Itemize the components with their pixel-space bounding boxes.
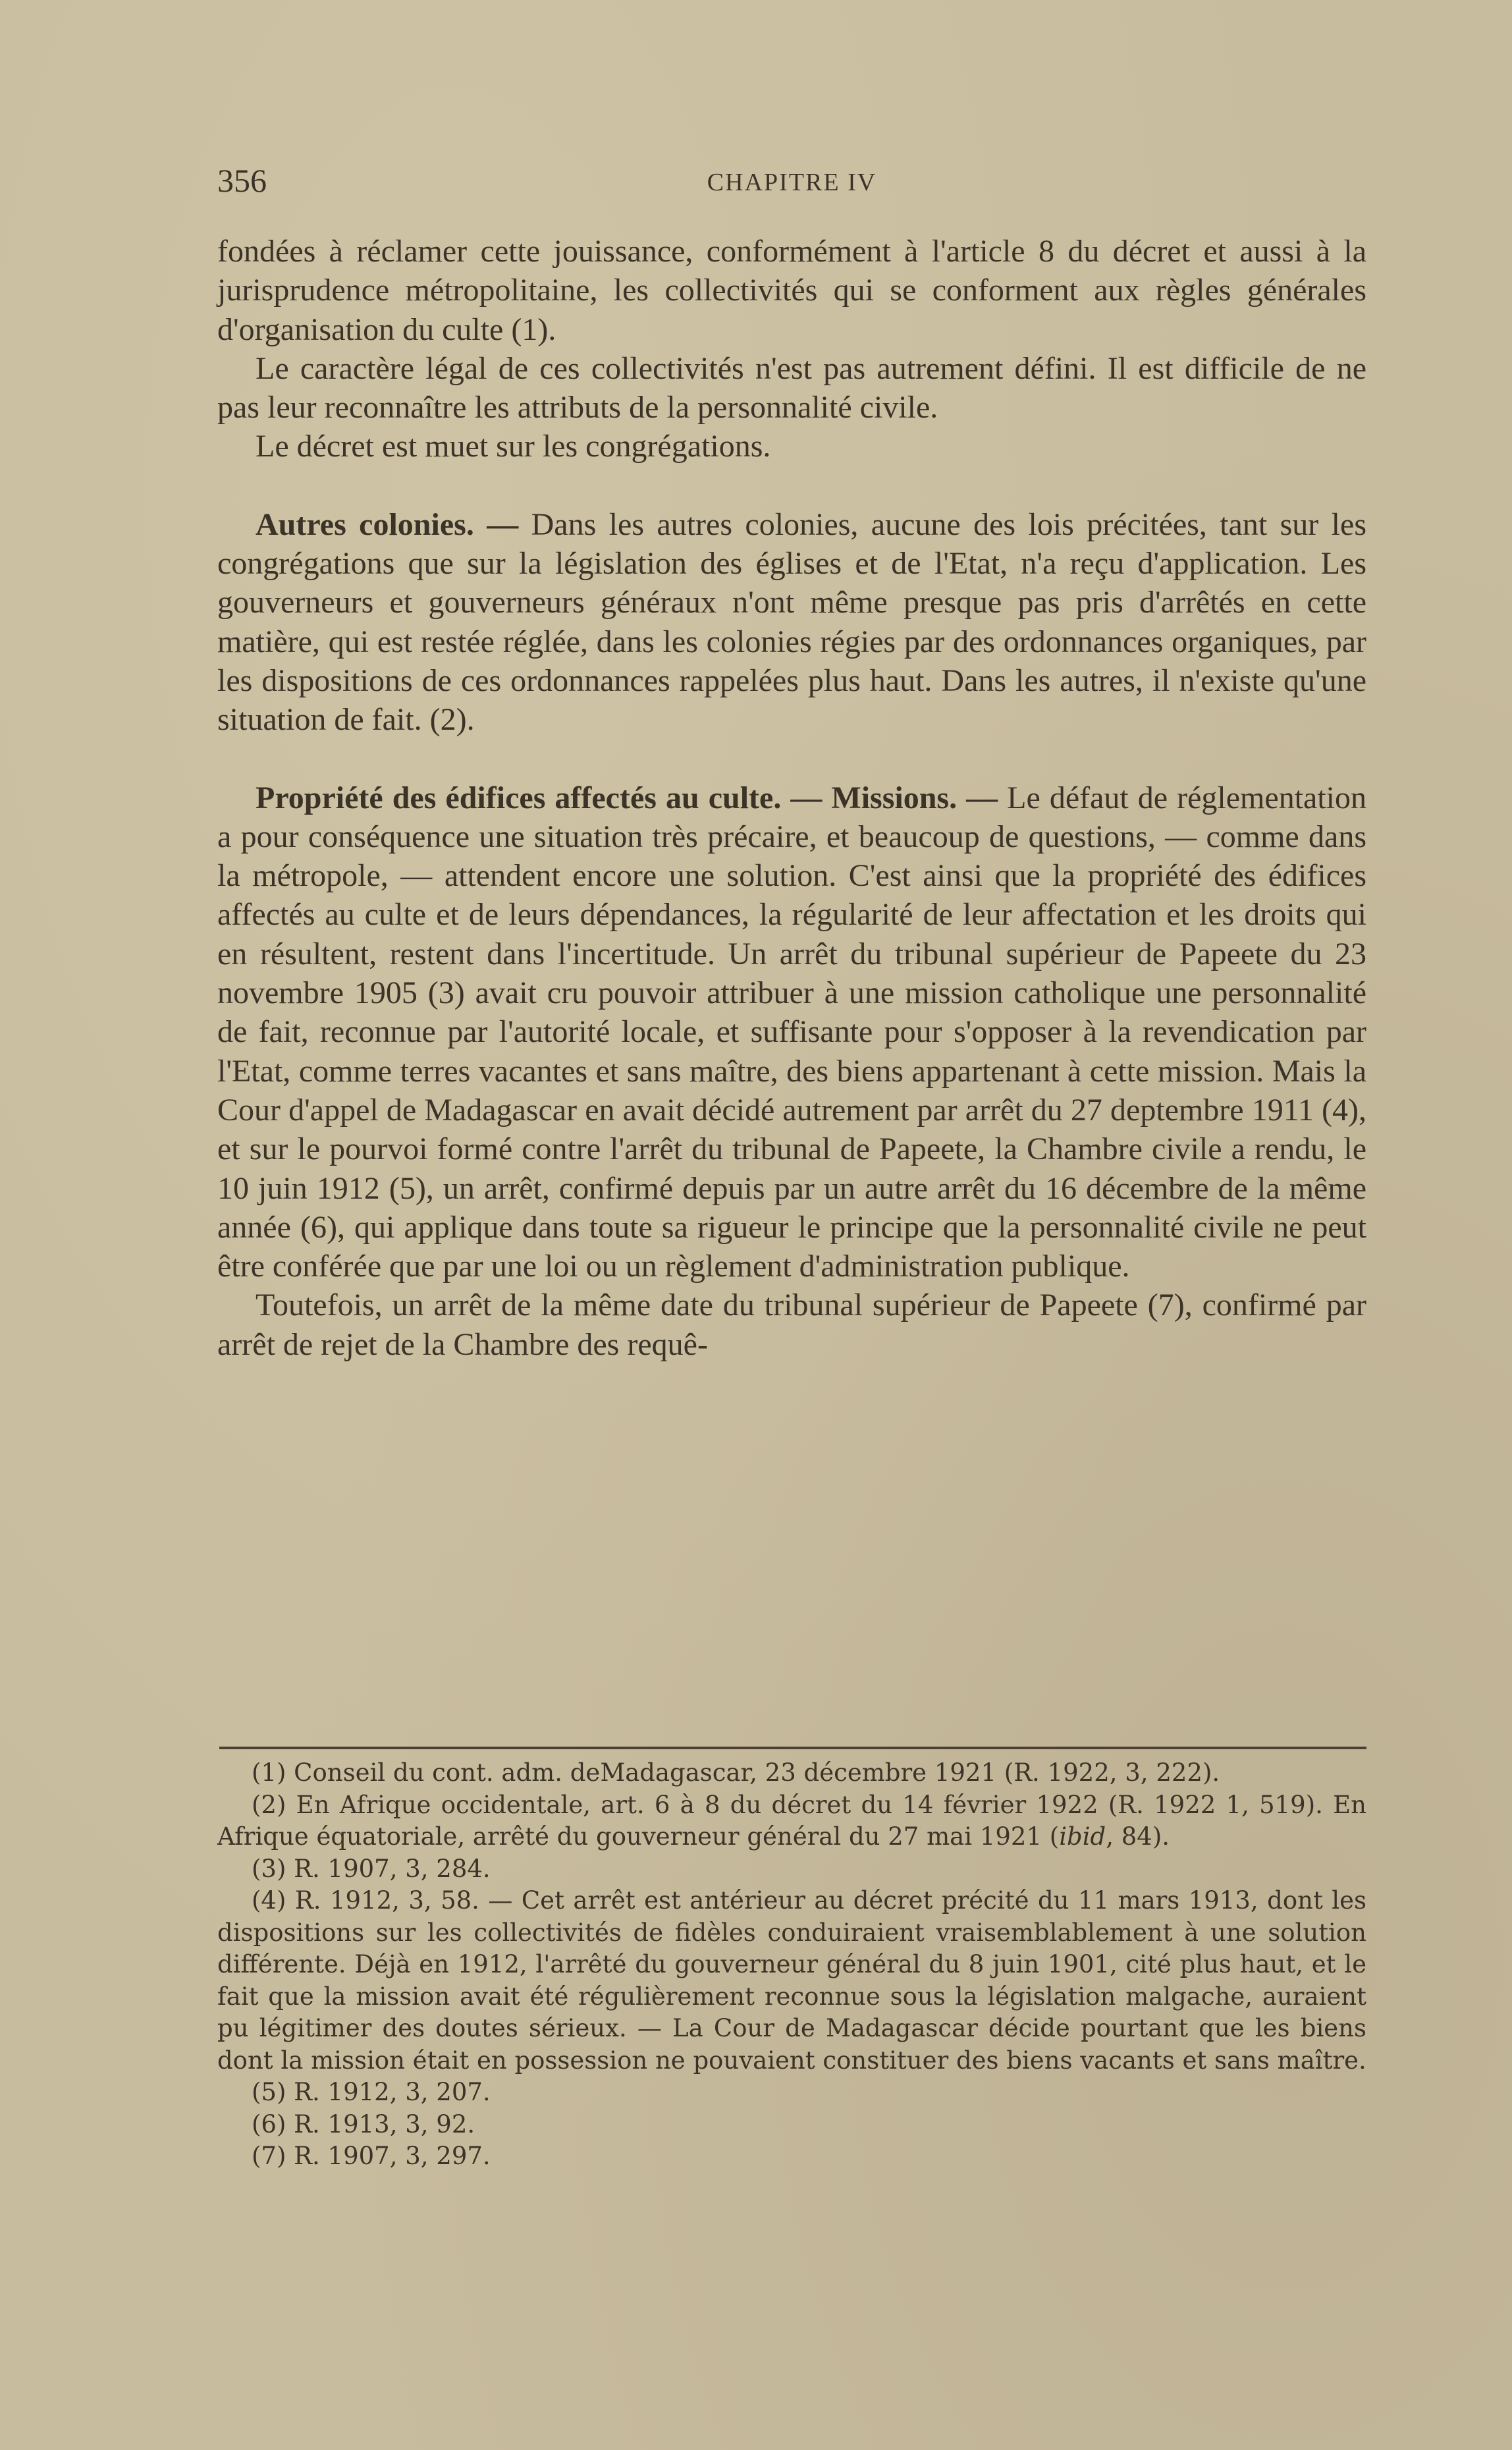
footnote-4: (4) R. 1912, 3, 58. — Cet arrêt est anté… [217, 1885, 1366, 2077]
paragraph-congregations: Le décret est muet sur les congrégations… [217, 427, 1366, 466]
chapter-title: CHAPITRE IV [217, 168, 1366, 197]
footnote-7: (7) R. 1907, 3, 297. [217, 2140, 1366, 2173]
footnote-6: (6) R. 1913, 3, 92. [217, 2109, 1366, 2141]
running-head: 356 CHAPITRE IV [217, 161, 1366, 201]
section-heading-propriete-edifices: Propriété des édifices affectés au culte… [256, 780, 998, 815]
footnote-2-end: , 84). [1106, 1822, 1170, 1851]
footnotes: (1) Conseil du cont. adm. deMadagascar, … [217, 1757, 1366, 2173]
footnote-2-text: (2) En Afrique occidentale, art. 6 à 8 d… [217, 1791, 1366, 1851]
section-heading-autres-colonies: Autres colonies. — [256, 507, 518, 542]
footnote-separator [219, 1747, 1366, 1749]
footnote-3: (3) R. 1907, 3, 284. [217, 1853, 1366, 1886]
section-autres-colonies: Autres colonies. — Dans les autres colon… [217, 505, 1366, 740]
body-text: fondées à réclamer cette jouissance, con… [217, 232, 1366, 1364]
paragraph-legal-character: Le caractère légal de ces collectivités … [217, 349, 1366, 427]
footnote-5: (5) R. 1912, 3, 207. [217, 2077, 1366, 2109]
section-propriete-edifices: Propriété des édifices affectés au culte… [217, 778, 1366, 1286]
section-text-propriete-edifices: Le défaut de réglementation a pour consé… [217, 780, 1366, 1284]
paragraph-toutefois: Toutefois, un arrêt de la même date du t… [217, 1286, 1366, 1364]
paragraph-continuation: fondées à réclamer cette jouissance, con… [217, 232, 1366, 349]
footnote-2: (2) En Afrique occidentale, art. 6 à 8 d… [217, 1789, 1366, 1853]
footnote-1: (1) Conseil du cont. adm. deMadagascar, … [217, 1757, 1366, 1789]
footnote-2-ibid: ibid [1059, 1822, 1106, 1851]
